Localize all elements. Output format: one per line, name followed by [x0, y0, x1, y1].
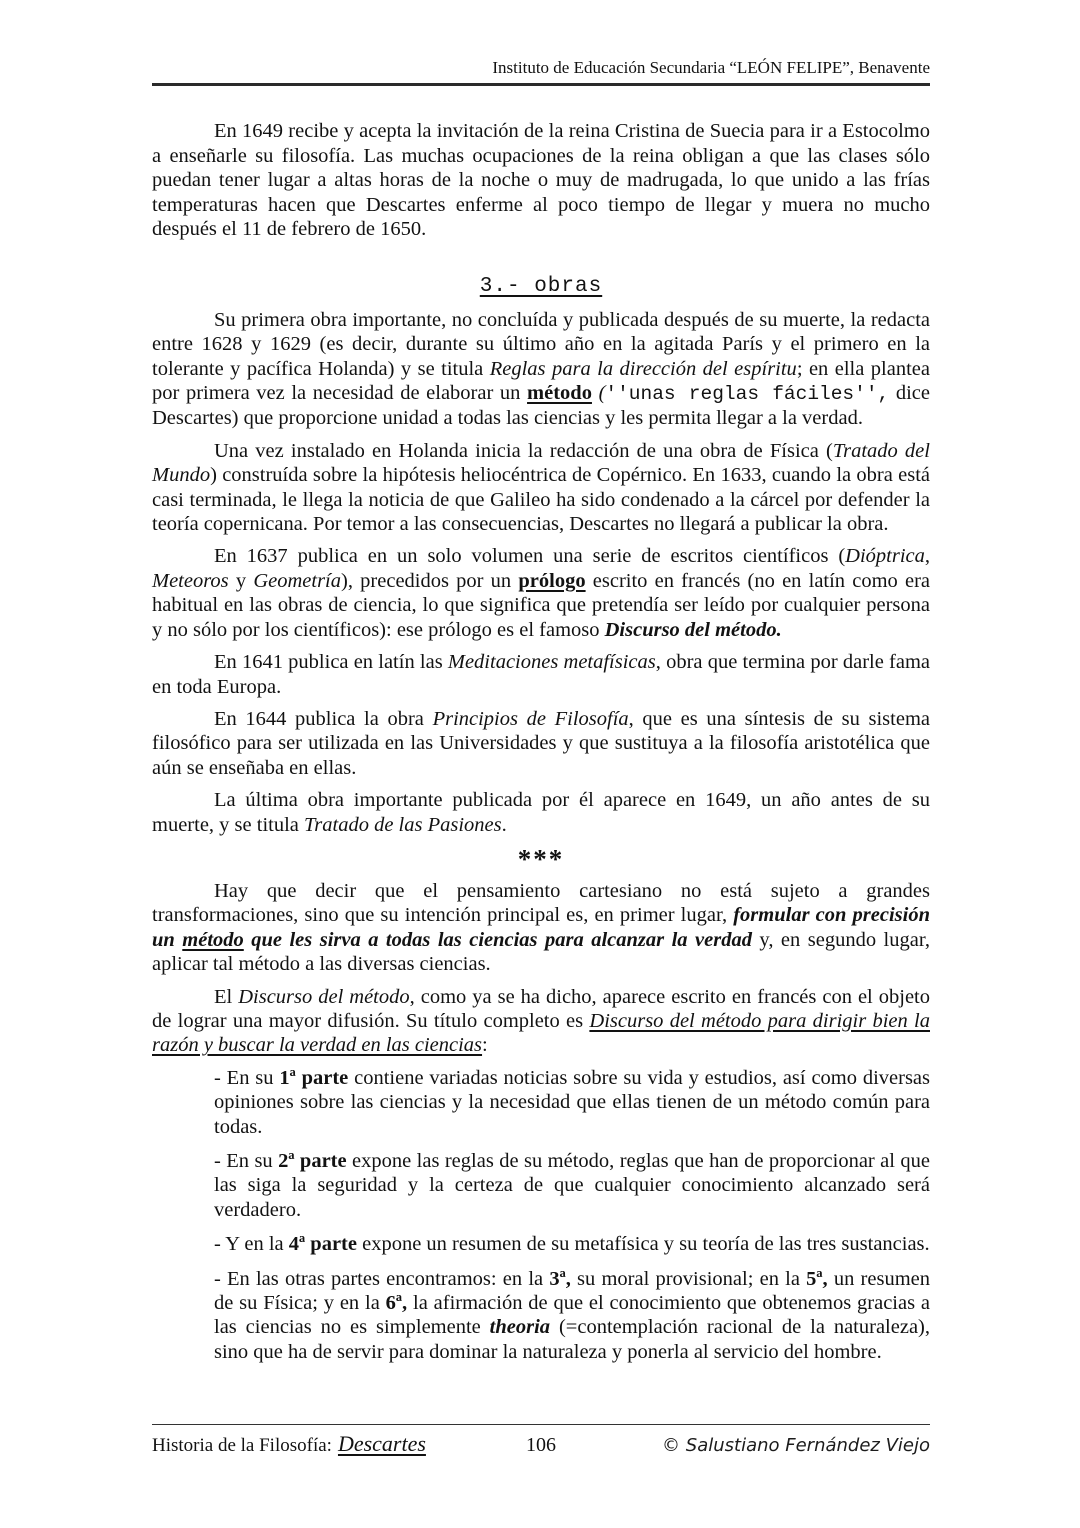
- emphasis-metodo: método: [527, 382, 592, 404]
- work-title-principios: Principios de Filosofía: [433, 708, 629, 730]
- text-run: En 1649 recibe y acepta la invitación de…: [152, 120, 930, 240]
- work-title-meteoros: Meteoros: [152, 570, 229, 592]
- text-run: El: [214, 986, 238, 1008]
- work-title-geometria: Geometría: [253, 570, 341, 592]
- paragraph-first-work: Su primera obra importante, no concluída…: [152, 308, 930, 431]
- emphasis-theoria: theoria: [490, 1316, 550, 1338]
- emphasis-4a-parte: 4ª parte: [289, 1233, 357, 1255]
- page-header: Instituto de Educación Secundaria “LEÓN …: [152, 58, 930, 86]
- emphasis-1a-parte: 1ª parte: [279, 1067, 348, 1089]
- emphasis-2a-parte: 2ª parte: [278, 1150, 347, 1172]
- text-run: y: [229, 570, 254, 592]
- text-run: ), precedidos por un: [341, 570, 518, 592]
- text-run: En 1641 publica en latín las: [214, 651, 448, 673]
- work-title-discurso: Discurso del método.: [605, 619, 782, 641]
- text-run: - En su: [214, 1067, 279, 1089]
- emphasis-3a: 3ª,: [549, 1268, 571, 1290]
- document-body: En 1649 recibe y acepta la invitación de…: [152, 119, 930, 1364]
- text-run: - En las otras partes encontramos: en la: [214, 1268, 549, 1290]
- page-footer: Historia de la Filosofía:Descartes 106 ©…: [152, 1424, 930, 1457]
- paragraph-1649-stockholm: En 1649 recibe y acepta la invitación de…: [152, 119, 930, 241]
- document-page: Instituto de Educación Secundaria “LEÓN …: [0, 0, 1080, 1528]
- footer-page-number: 106: [463, 1434, 619, 1457]
- text-run: - Y en la: [214, 1233, 289, 1255]
- text-run: (: [592, 382, 605, 404]
- section-heading-text: 3.- obras: [480, 275, 602, 298]
- text-run: expone un resumen de su metafísica y su …: [357, 1233, 930, 1255]
- work-title-meditaciones: Meditaciones metafísicas: [448, 651, 656, 673]
- footer-series: Historia de la Filosofía:Descartes: [152, 1431, 463, 1457]
- paragraph-tratado-del-mundo: Una vez instalado en Holanda inicia la r…: [152, 439, 930, 537]
- paragraph-cartesian-intent: Hay que decir que el pensamiento cartesi…: [152, 879, 930, 977]
- emphasis-metodo-underlined: método: [182, 929, 244, 951]
- emphasis-6a: 6ª,: [386, 1292, 408, 1314]
- quoted-monospace-phrase: ''unas reglas fáciles'',: [605, 383, 889, 405]
- paragraph-1644-principles: En 1644 publica la obra Principios de Fi…: [152, 707, 930, 780]
- bullet-part-2: - En su 2ª parte expone las reglas de su…: [214, 1149, 930, 1222]
- work-title-reglas: Reglas para la dirección del espíritu: [490, 358, 797, 380]
- text-run: En 1644 publica la obra: [214, 708, 433, 730]
- text-run: ,: [925, 545, 930, 567]
- paragraph-1637-discourse: En 1637 publica en un solo volumen una s…: [152, 544, 930, 642]
- text-run: su moral provisional; en la: [571, 1268, 806, 1290]
- paragraph-discourse-full-title: El Discurso del método, como ya se ha di…: [152, 985, 930, 1058]
- footer-series-label: Historia de la Filosofía:: [152, 1435, 332, 1456]
- text-run: :: [482, 1034, 488, 1056]
- bullet-other-parts: - En las otras partes encontramos: en la…: [214, 1267, 930, 1365]
- bullet-part-4: - Y en la 4ª parte expone un resumen de …: [214, 1232, 930, 1256]
- section-heading-obras: 3.- obras: [152, 275, 930, 299]
- text-run: - En su: [214, 1150, 278, 1172]
- text-run: Una vez instalado en Holanda inicia la r…: [214, 440, 833, 462]
- work-title-dioptrica: Dióptrica: [845, 545, 925, 567]
- emphasis-formular-cont: que les sirva a todas las ciencias para …: [244, 929, 752, 951]
- footer-series-title: Descartes: [338, 1431, 426, 1456]
- paragraph-1641-meditations: En 1641 publica en latín las Meditacione…: [152, 650, 930, 699]
- text-run: .: [502, 814, 507, 836]
- text-run: ) construída sobre la hipótesis heliocén…: [152, 464, 930, 535]
- text-run: En 1637 publica en un solo volumen una s…: [214, 545, 845, 567]
- footer-copyright: © Salustiano Fernández Viejo: [619, 1435, 930, 1456]
- institution-name: Instituto de Educación Secundaria “LEÓN …: [492, 58, 930, 77]
- bullet-part-1: - En su 1ª parte contiene variadas notic…: [214, 1066, 930, 1139]
- paragraph-last-work: La última obra importante publicada por …: [152, 788, 930, 837]
- work-title-discurso-short: Discurso del método: [238, 986, 409, 1008]
- asterisk-separator: ***: [152, 845, 930, 873]
- emphasis-prologo: prólogo: [518, 570, 585, 592]
- work-title-pasiones: Tratado de las Pasiones: [304, 814, 502, 836]
- emphasis-5a: 5ª,: [806, 1268, 828, 1290]
- text-run: La última obra importante publicada por …: [152, 789, 930, 835]
